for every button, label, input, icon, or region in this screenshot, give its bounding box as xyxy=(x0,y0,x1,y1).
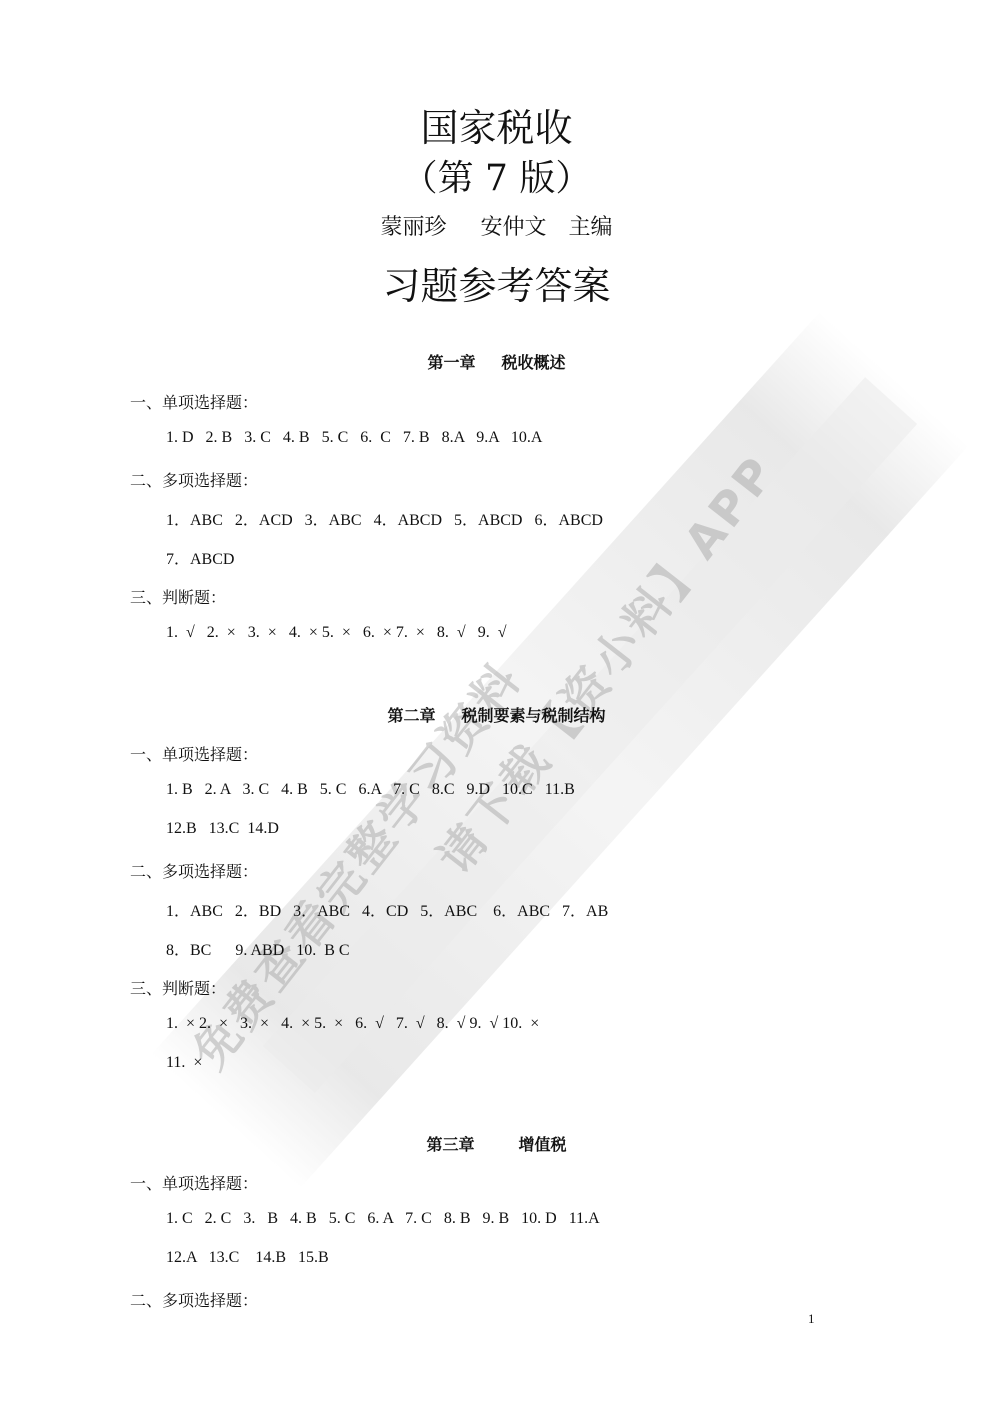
section-heading: 二、多项选择题： xyxy=(130,1288,258,1311)
chapter-name: 增值税 xyxy=(519,1135,567,1154)
chapter-number: 第一章 xyxy=(427,353,475,372)
document-page: 免费查看完整学习资料 请下载【资小料】APP 国家税收 （第 7 版） 蒙丽珍安… xyxy=(0,0,993,1403)
chapter-heading-3: 第三章增值税 xyxy=(0,1132,993,1155)
section-heading: 三、判断题： xyxy=(130,585,226,608)
editor-name-2: 安仲文 xyxy=(480,215,546,240)
answer-row: 1. C 2. C 3. B 4. B 5. C 6. A 7. C 8. B … xyxy=(166,1210,600,1228)
answer-row: 7．ABCD xyxy=(166,546,234,569)
answer-row: 1. B 2. A 3. C 4. B 5. C 6.A 7. C 8.C 9.… xyxy=(166,781,575,799)
section-heading: 一、单项选择题： xyxy=(130,390,258,413)
answer-row: 12.B 13.C 14.D xyxy=(166,820,279,838)
chapter-heading-2: 第二章税制要素与税制结构 xyxy=(0,703,993,726)
chapter-number: 第二章 xyxy=(387,706,435,725)
chapter-name: 税制要素与税制结构 xyxy=(462,706,606,725)
answer-row: 1. D 2. B 3. C 4. B 5. C 6. C 7. B 8.A 9… xyxy=(166,429,542,447)
book-title: 国家税收 xyxy=(0,97,993,152)
chapter-name: 税收概述 xyxy=(502,353,566,372)
book-edition: （第 7 版） xyxy=(0,150,993,201)
editor-role: 主编 xyxy=(569,215,613,240)
page-number: 1 xyxy=(808,1311,815,1327)
section-heading: 一、单项选择题： xyxy=(130,1171,258,1194)
answer-row: 1. √ 2. × 3. × 4. × 5. × 6. × 7. × 8. √ … xyxy=(166,624,506,642)
answer-row: 12.A 13.C 14.B 15.B xyxy=(166,1249,329,1267)
answer-row: 1．ABC 2．ACD 3．ABC 4．ABCD 5．ABCD 6．ABCD xyxy=(166,507,603,530)
answer-row: 1. × 2. × 3. × 4. × 5. × 6. √ 7. √ 8. √ … xyxy=(166,1015,539,1033)
watermark-brush-stroke-highlight xyxy=(263,377,917,1093)
document-subtitle: 习题参考答案 xyxy=(0,255,993,310)
section-heading: 二、多项选择题： xyxy=(130,859,258,882)
answer-row: 8．BC 9. ABD 10. B C xyxy=(166,937,350,960)
section-heading: 二、多项选择题： xyxy=(130,468,258,491)
answer-row: 1．ABC 2．BD 3．ABC 4．CD 5．ABC 6．ABC 7．AB xyxy=(166,898,608,921)
answer-row: 11. × xyxy=(166,1054,202,1072)
book-editors: 蒙丽珍安仲文主编 xyxy=(0,210,993,241)
chapter-heading-1: 第一章税收概述 xyxy=(0,350,993,373)
section-heading: 三、判断题： xyxy=(130,976,226,999)
editor-name-1: 蒙丽珍 xyxy=(380,215,446,240)
section-heading: 一、单项选择题： xyxy=(130,742,258,765)
chapter-number: 第三章 xyxy=(426,1135,474,1154)
